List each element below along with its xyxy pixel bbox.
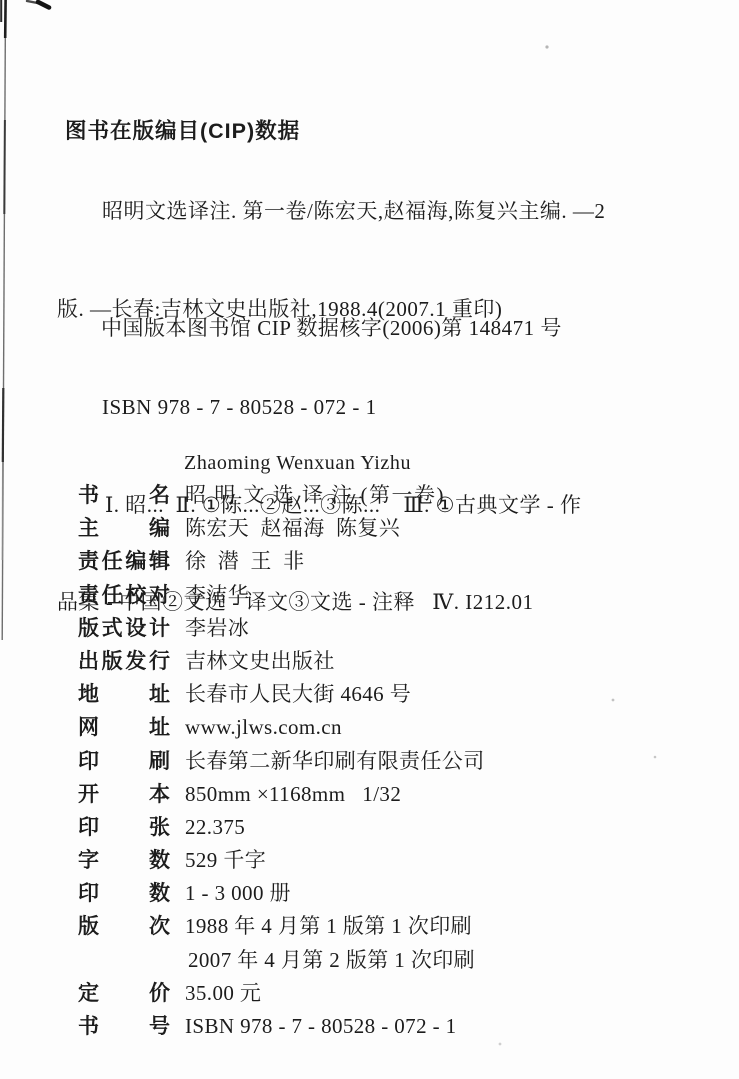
row-label: 责任校对 bbox=[78, 579, 170, 609]
colophon-row-title: 书名昭 明 文 选 译 注 (第一卷) bbox=[78, 479, 485, 512]
row-label: 版式设计 bbox=[78, 612, 170, 642]
row-label: 印数 bbox=[78, 877, 170, 907]
row-label: 主编 bbox=[78, 512, 170, 542]
colophon-row-edition: 版次1988 年 4 月第 1 版第 1 次印刷 bbox=[78, 910, 485, 943]
row-value: 35.00 元 bbox=[185, 981, 261, 1005]
row-label: 出版发行 bbox=[78, 645, 170, 675]
row-value: 长春市人民大街 4646 号 bbox=[185, 682, 411, 706]
colophon-row-chief-editors: 主编陈宏天 赵福海 陈复兴 bbox=[78, 512, 485, 545]
row-label: 网址 bbox=[78, 711, 170, 741]
row-value: ISBN 978 - 7 - 80528 - 072 - 1 bbox=[185, 1014, 457, 1038]
row-label: 版次 bbox=[78, 910, 170, 940]
row-label: 地址 bbox=[78, 678, 170, 708]
row-label: 定价 bbox=[78, 977, 170, 1007]
row-value: 850mm ×1168mm 1/32 bbox=[185, 782, 401, 806]
colophon-row-proofreader: 责任校对李洁华 bbox=[78, 579, 485, 612]
colophon-row-format: 开本850mm ×1168mm 1/32 bbox=[78, 778, 485, 811]
row-value: 长春第二新华印刷有限责任公司 bbox=[185, 749, 485, 773]
row-value: 李洁华 bbox=[185, 583, 249, 607]
colophon-row-responsible-editors: 责任编辑徐 潜 王 非 bbox=[78, 545, 485, 578]
row-value: 李岩冰 bbox=[185, 616, 249, 640]
row-label: 字数 bbox=[78, 844, 170, 874]
row-label: 印张 bbox=[78, 811, 170, 841]
row-value: 529 千字 bbox=[185, 848, 266, 872]
row-value: www.jlws.com.cn bbox=[185, 715, 342, 739]
colophon-row-address: 地址长春市人民大街 4646 号 bbox=[78, 678, 485, 711]
row-value: 吉林文史出版社 bbox=[185, 649, 335, 673]
row-value: 昭 明 文 选 译 注 (第一卷) bbox=[185, 483, 445, 507]
colophon-row-printer: 印刷长春第二新华印刷有限责任公司 bbox=[78, 745, 485, 778]
colophon-row-price: 定价35.00 元 bbox=[78, 977, 485, 1010]
row-value: 1988 年 4 月第 1 版第 1 次印刷 bbox=[185, 914, 472, 938]
row-value: 2007 年 4 月第 2 版第 1 次印刷 bbox=[185, 948, 475, 972]
colophon-rows: 书名昭 明 文 选 译 注 (第一卷) 主编陈宏天 赵福海 陈复兴 责任编辑徐 … bbox=[78, 479, 485, 1043]
row-label: 印刷 bbox=[78, 745, 170, 775]
row-label: 书号 bbox=[78, 1010, 170, 1040]
row-label: 责任编辑 bbox=[78, 545, 170, 575]
colophon-row-layout-designer: 版式设计李岩冰 bbox=[78, 612, 485, 645]
colophon-row-book-number: 书号ISBN 978 - 7 - 80528 - 072 - 1 bbox=[78, 1010, 485, 1043]
colophon-section: Zhaoming Wenxuan Yizhu 书名昭 明 文 选 译 注 (第一… bbox=[78, 452, 485, 1043]
scan-edge-line bbox=[1, 0, 5, 640]
row-label: 开本 bbox=[78, 778, 170, 808]
row-value: 22.375 bbox=[185, 815, 245, 839]
row-label: 书名 bbox=[78, 479, 170, 509]
cip-isbn-line: ISBN 978 - 7 - 80528 - 072 - 1 bbox=[102, 391, 605, 424]
pinyin-title: Zhaoming Wenxuan Yizhu bbox=[184, 452, 485, 475]
colophon-row-print-run: 印数1 - 3 000 册 bbox=[78, 877, 485, 910]
corner-pen-mark bbox=[27, 1, 49, 8]
colophon-row-sheets: 印张22.375 bbox=[78, 811, 485, 844]
book-copyright-page: 图书在版编目(CIP)数据 昭明文选译注. 第一卷/陈宏天,赵福海,陈复兴主编.… bbox=[0, 0, 739, 1079]
colophon-row-website: 网址www.jlws.com.cn bbox=[78, 711, 485, 744]
colophon-row-word-count: 字数529 千字 bbox=[78, 844, 485, 877]
row-value: 1 - 3 000 册 bbox=[185, 881, 291, 905]
row-value: 陈宏天 赵福海 陈复兴 bbox=[185, 516, 400, 540]
colophon-row-publisher: 出版发行吉林文史出版社 bbox=[78, 645, 485, 678]
cip-description-line: 昭明文选译注. 第一卷/陈宏天,赵福海,陈复兴主编. —2 bbox=[102, 195, 605, 228]
row-value: 徐 潜 王 非 bbox=[185, 549, 305, 573]
colophon-row-edition-continued: 2007 年 4 月第 2 版第 1 次印刷 bbox=[78, 944, 485, 977]
cip-registration-number: 中国版本图书馆 CIP 数据核字(2006)第 148471 号 bbox=[101, 312, 562, 342]
